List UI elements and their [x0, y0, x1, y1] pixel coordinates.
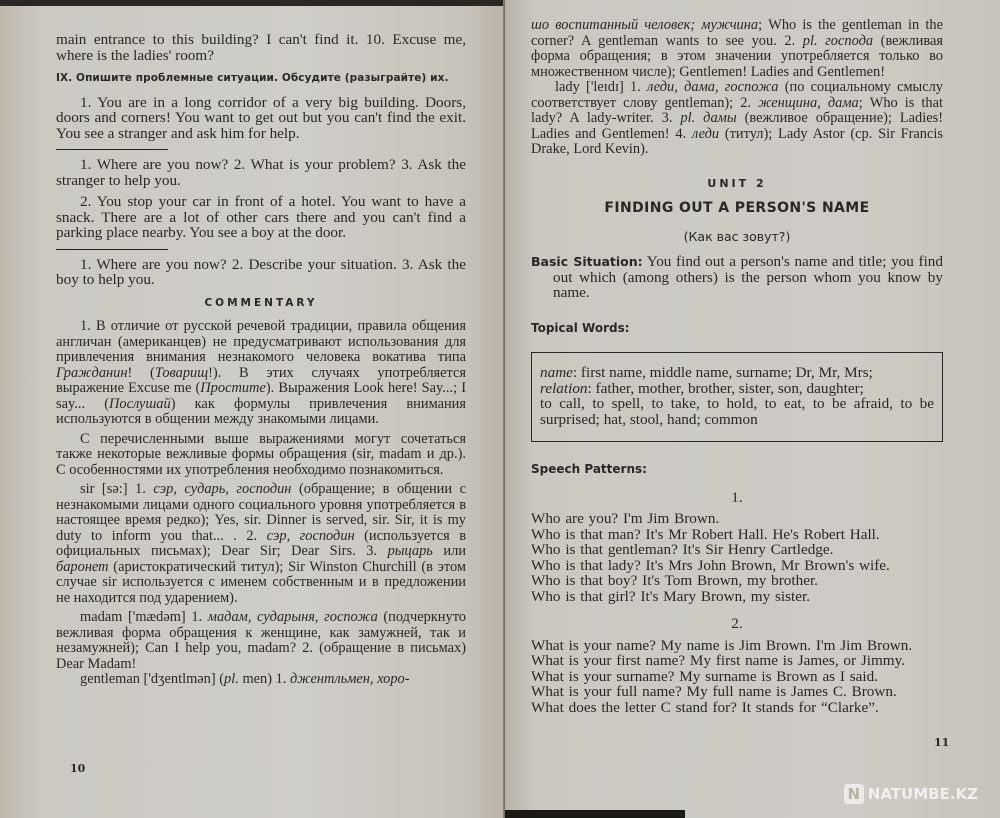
- pattern-line: Who is that boy? It's Tom Brown, my brot…: [531, 573, 943, 589]
- bottom-shadow: [505, 810, 685, 818]
- unit-subtitle: (Как вас зовут?): [531, 229, 943, 245]
- left-page-text: main entrance to this building? I can't …: [56, 32, 466, 688]
- topical-relation-line: relation: father, mother, brother, siste…: [540, 381, 934, 397]
- unit-title: FINDING OUT A PERSON'S NAME: [531, 201, 943, 217]
- pattern-group-1: 1. Who are you? I'm Jim Brown. Who is th…: [531, 490, 943, 605]
- pattern-group-2: 2. What is your name? My name is Jim Bro…: [531, 616, 943, 715]
- situation-2-tasks: 1. Where are you now? 2. Describe your s…: [56, 257, 466, 288]
- topical-name-line: name: first name, middle name, surname; …: [540, 365, 934, 381]
- gentleman-continuation: шо воспитанный человек; мужчина; Who is …: [531, 18, 943, 80]
- pattern-number: 2.: [531, 616, 943, 632]
- basic-situation: Basic Situation: You find out a person's…: [531, 254, 943, 301]
- right-page-text: шо воспитанный человек; мужчина; Who is …: [531, 18, 943, 715]
- entry-sir: sir [sə:] 1. сэр, сударь, господин (обра…: [56, 482, 466, 606]
- pattern-line: What does the letter C stand for? It sta…: [531, 700, 943, 716]
- commentary-paragraph-2: С перечисленными выше выражениями могут …: [56, 432, 466, 479]
- divider-rule: [56, 149, 168, 150]
- right-page: шо воспитанный человек; мужчина; Who is …: [505, 0, 1000, 818]
- situation-1: 1. You are in a long corridor of a very …: [56, 95, 466, 142]
- pattern-line: What is your full name? My full name is …: [531, 684, 943, 700]
- pattern-line: Who are you? I'm Jim Brown.: [531, 511, 943, 527]
- commentary-paragraph-1: 1. В отличие от русской речевой традиции…: [56, 319, 466, 428]
- topical-words-label: Topical Words:: [531, 321, 943, 337]
- commentary-heading: COMMENTARY: [56, 296, 466, 312]
- carryover-text: main entrance to this building? I can't …: [56, 32, 466, 63]
- topical-words-box: name: first name, middle name, surname; …: [531, 352, 943, 442]
- pattern-line: Who is that man? It's Mr Robert Hall. He…: [531, 527, 943, 543]
- topical-verbs-line: to call, to spell, to take, to hold, to …: [540, 396, 934, 427]
- situation-2: 2. You stop your car in front of a hotel…: [56, 194, 466, 241]
- page-number-right: 11: [934, 736, 949, 749]
- book-spread: main entrance to this building? I can't …: [0, 0, 1000, 818]
- page-number-left: 10: [70, 762, 85, 775]
- pattern-line: What is your first name? My first name i…: [531, 653, 943, 669]
- pattern-line: What is your surname? My surname is Brow…: [531, 669, 943, 685]
- pattern-line: What is your name? My name is Jim Brown.…: [531, 638, 943, 654]
- pattern-number: 1.: [531, 490, 943, 506]
- left-page: main entrance to this building? I can't …: [0, 6, 505, 818]
- pattern-line: Who is that gentleman? It's Sir Henry Ca…: [531, 542, 943, 558]
- watermark: N NATUMBE.KZ: [844, 784, 978, 804]
- unit-label: UNIT 2: [531, 176, 943, 192]
- situation-1-tasks: 1. Where are you now? 2. What is your pr…: [56, 157, 466, 188]
- pattern-line: Who is that girl? It's Mary Brown, my si…: [531, 589, 943, 605]
- divider-rule: [56, 249, 168, 250]
- section-ix-heading: IX. Опишите проблемные ситуации. Обсудит…: [56, 71, 466, 87]
- pattern-line: Who is that lady? It's Mrs John Brown, M…: [531, 558, 943, 574]
- entry-madam: madam ['mædəm] 1. мадам, сударыня, госпо…: [56, 610, 466, 672]
- watermark-text: NATUMBE.KZ: [868, 785, 978, 803]
- entry-lady: lady ['leɪdɪ] 1. леди, дама, госпожа (по…: [531, 80, 943, 158]
- entry-gentleman: gentleman ['dʒentlmən] (pl. men) 1. джен…: [56, 672, 466, 688]
- speech-patterns-label: Speech Patterns:: [531, 462, 943, 478]
- watermark-logo-icon: N: [844, 784, 864, 804]
